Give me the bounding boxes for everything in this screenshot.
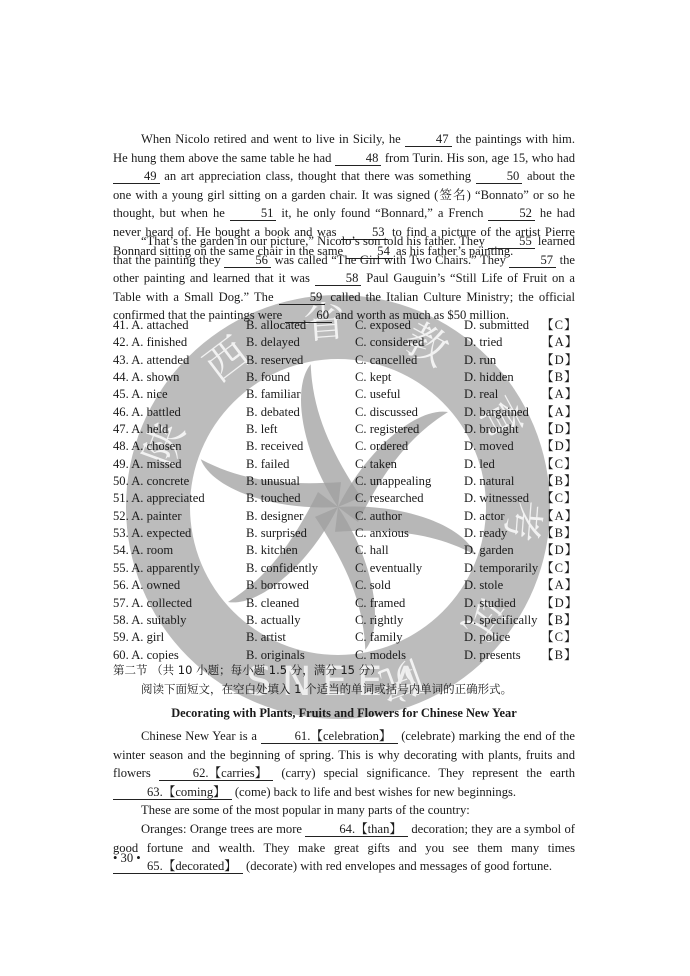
option-c: C. framed	[355, 595, 405, 612]
question-row-51: 51. A. appreciatedB. touchedC. researche…	[113, 490, 575, 507]
answer-key: 【C】	[541, 560, 578, 577]
answer-key: 【B】	[541, 525, 578, 542]
option-b: B. designer	[246, 508, 303, 525]
option-c: C. unappealing	[355, 473, 431, 490]
option-b: B. artist	[246, 629, 286, 646]
answer-key: 【D】	[541, 595, 578, 612]
answer-key: 【D】	[541, 438, 578, 455]
section2-heading: 第二节 （共 10 小题；每小题 1.5 分，满分 15 分）	[113, 661, 382, 679]
option-a: 48. A. chosen	[113, 438, 182, 455]
option-d: D. brought	[464, 421, 519, 438]
question-row-55: 55. A. apparentlyB. confidentlyC. eventu…	[113, 560, 575, 577]
option-b: B. found	[246, 369, 290, 386]
option-d: D. ready	[464, 525, 507, 542]
question-row-41: 41. A. attachedB. allocatedC. exposedD. …	[113, 317, 575, 334]
option-d: D. real	[464, 386, 498, 403]
question-row-45: 45. A. niceB. familiarC. usefulD. real【A…	[113, 386, 575, 403]
answer-key: 【A】	[541, 386, 578, 403]
question-row-44: 44. A. shownB. foundC. keptD. hidden【B】	[113, 369, 575, 386]
option-a: 55. A. apparently	[113, 560, 200, 577]
option-c: C. ordered	[355, 438, 408, 455]
answer-key: 【D】	[541, 542, 578, 559]
option-c: C. cancelled	[355, 352, 417, 369]
option-c: C. exposed	[355, 317, 411, 334]
option-b: B. confidently	[246, 560, 318, 577]
blank-48: 48	[335, 151, 382, 166]
blank-58: 58	[315, 271, 362, 286]
option-d: D. bargained	[464, 404, 529, 421]
option-a: 42. A. finished	[113, 334, 187, 351]
option-b: B. surprised	[246, 525, 307, 542]
option-a: 50. A. concrete	[113, 473, 189, 490]
option-a: 43. A. attended	[113, 352, 189, 369]
question-row-42: 42. A. finishedB. delayedC. consideredD.…	[113, 334, 575, 351]
section2-instruction: 阅读下面短文，在空白处填入 1 个适当的单词或括号内单词的正确形式。	[141, 680, 512, 698]
option-a: 54. A. room	[113, 542, 173, 559]
option-a: 49. A. missed	[113, 456, 182, 473]
option-d: D. moved	[464, 438, 514, 455]
option-b: B. borrowed	[246, 577, 309, 594]
option-c: C. kept	[355, 369, 391, 386]
filled-answer: 61.【celebration】	[261, 729, 398, 744]
question-row-43: 43. A. attendedB. reservedC. cancelledD.…	[113, 352, 575, 369]
blank-55: 55	[488, 234, 535, 249]
option-a: 45. A. nice	[113, 386, 168, 403]
option-a: 53. A. expected	[113, 525, 191, 542]
filled-answer: 64.【than】	[305, 822, 408, 837]
option-c: C. considered	[355, 334, 424, 351]
option-d: D. garden	[464, 542, 514, 559]
answer-key: 【C】	[541, 456, 578, 473]
option-c: C. registered	[355, 421, 419, 438]
blank-59: 59	[279, 290, 326, 305]
blank-50: 50	[476, 169, 523, 184]
passage2-title: Decorating with Plants, Fruits and Flowe…	[113, 706, 575, 721]
answer-key: 【D】	[541, 352, 578, 369]
answer-key: 【B】	[541, 647, 578, 664]
option-b: B. cleaned	[246, 595, 299, 612]
question-row-47: 47. A. heldB. leftC. registeredD. brough…	[113, 421, 575, 438]
question-row-48: 48. A. chosenB. receivedC. orderedD. mov…	[113, 438, 575, 455]
blank-56: 56	[224, 253, 271, 268]
answer-key: 【A】	[541, 508, 578, 525]
option-b: B. familiar	[246, 386, 301, 403]
option-c: C. useful	[355, 386, 400, 403]
passage2-paragraph2: These are some of the most popular in ma…	[113, 801, 575, 820]
question-row-59: 59. A. girlB. artistC. familyD. police【C…	[113, 629, 575, 646]
option-b: B. touched	[246, 490, 301, 507]
answer-key: 【C】	[541, 490, 578, 507]
option-b: B. allocated	[246, 317, 306, 334]
option-d: D. police	[464, 629, 510, 646]
option-a: 41. A. attached	[113, 317, 189, 334]
blank-51: 51	[230, 206, 277, 221]
option-d: D. submitted	[464, 317, 529, 334]
option-c: C. discussed	[355, 404, 418, 421]
option-b: B. left	[246, 421, 277, 438]
option-b: B. reserved	[246, 352, 303, 369]
answer-key: 【C】	[541, 317, 578, 334]
filled-answer: 62.【carries】	[159, 766, 274, 781]
option-d: D. specifically	[464, 612, 537, 629]
option-c: C. hall	[355, 542, 389, 559]
passage2-paragraph1: Chinese New Year is a 61.【celebration】 (…	[113, 727, 575, 801]
question-row-58: 58. A. suitablyB. actuallyC. rightlyD. s…	[113, 612, 575, 629]
options-table: 41. A. attachedB. allocatedC. exposedD. …	[113, 317, 575, 664]
question-row-54: 54. A. roomB. kitchenC. hallD. garden【D】	[113, 542, 575, 559]
answer-key: 【D】	[541, 421, 578, 438]
option-a: 56. A. owned	[113, 577, 180, 594]
blank-57: 57	[509, 253, 556, 268]
answer-key: 【C】	[541, 629, 578, 646]
answer-key: 【B】	[541, 612, 578, 629]
option-b: B. unusual	[246, 473, 300, 490]
question-row-50: 50. A. concreteB. unusualC. unappealingD…	[113, 473, 575, 490]
question-row-56: 56. A. ownedB. borrowedC. soldD. stole【A…	[113, 577, 575, 594]
answer-key: 【A】	[541, 334, 578, 351]
question-row-57: 57. A. collectedB. cleanedC. framedD. st…	[113, 595, 575, 612]
answer-key: 【A】	[541, 577, 578, 594]
filled-answer: 63.【coming】	[113, 785, 232, 800]
option-a: 44. A. shown	[113, 369, 179, 386]
option-a: 52. A. painter	[113, 508, 182, 525]
option-d: D. stole	[464, 577, 503, 594]
option-d: D. actor	[464, 508, 505, 525]
option-c: C. sold	[355, 577, 391, 594]
passage2-paragraph3: Oranges: Orange trees are more 64.【than】…	[113, 820, 575, 876]
option-c: C. family	[355, 629, 403, 646]
option-b: B. delayed	[246, 334, 300, 351]
answer-key: 【B】	[541, 473, 578, 490]
option-a: 47. A. held	[113, 421, 168, 438]
option-c: C. eventually	[355, 560, 422, 577]
option-d: D. temporarily	[464, 560, 538, 577]
option-b: B. failed	[246, 456, 289, 473]
option-c: C. author	[355, 508, 402, 525]
option-b: B. actually	[246, 612, 301, 629]
passage1-paragraph2: “That’s the garden in our picture,” Nico…	[113, 232, 575, 325]
option-c: C. researched	[355, 490, 424, 507]
question-row-52: 52. A. painterB. designerC. authorD. act…	[113, 508, 575, 525]
question-row-53: 53. A. expectedB. surprisedC. anxiousD. …	[113, 525, 575, 542]
option-a: 59. A. girl	[113, 629, 164, 646]
option-d: D. studied	[464, 595, 516, 612]
option-d: D. hidden	[464, 369, 514, 386]
option-d: D. presents	[464, 647, 521, 664]
option-d: D. natural	[464, 473, 514, 490]
answer-key: 【B】	[541, 369, 578, 386]
option-b: B. kitchen	[246, 542, 298, 559]
option-a: 58. A. suitably	[113, 612, 186, 629]
option-b: B. received	[246, 438, 303, 455]
option-d: D. led	[464, 456, 495, 473]
question-row-49: 49. A. missedB. failedC. takenD. led【C】	[113, 456, 575, 473]
option-c: C. anxious	[355, 525, 409, 542]
blank-52: 52	[488, 206, 535, 221]
answer-key: 【A】	[541, 404, 578, 421]
option-d: D. run	[464, 352, 496, 369]
option-c: C. taken	[355, 456, 397, 473]
option-d: D. witnessed	[464, 490, 529, 507]
blank-47: 47	[405, 132, 452, 147]
option-d: D. tried	[464, 334, 502, 351]
question-row-46: 46. A. battledB. debatedC. discussedD. b…	[113, 404, 575, 421]
option-a: 51. A. appreciated	[113, 490, 205, 507]
blank-49: 49	[113, 169, 160, 184]
option-b: B. debated	[246, 404, 300, 421]
option-a: 57. A. collected	[113, 595, 192, 612]
option-c: C. rightly	[355, 612, 403, 629]
page-number: • 30 •	[113, 851, 141, 866]
option-a: 46. A. battled	[113, 404, 181, 421]
